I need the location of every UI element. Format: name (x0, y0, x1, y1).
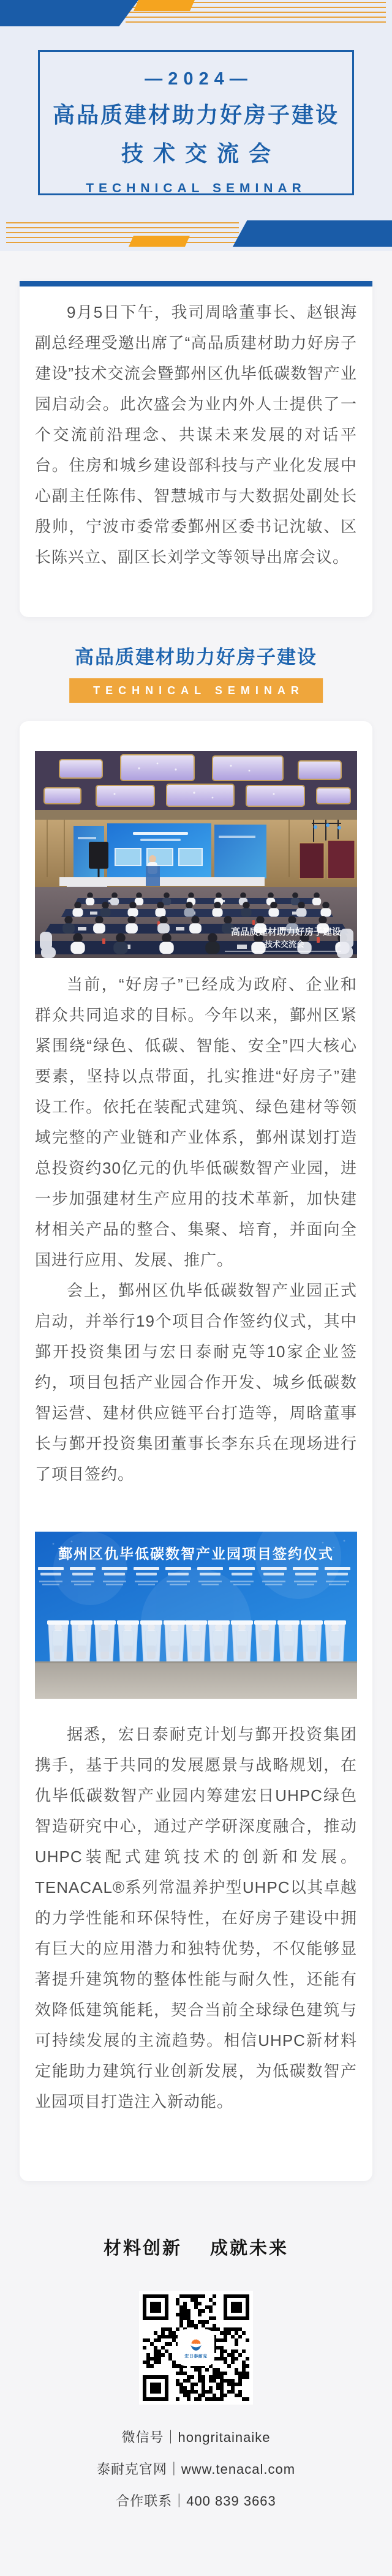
event-subtitle: 技术交流会 (111, 137, 281, 168)
footer-slogan-left: 材料创新 (104, 2234, 182, 2260)
event-year: —2024— (139, 69, 253, 89)
section-title: 高品质建材助力好房子建设 (0, 642, 392, 669)
brand-logo-icon (188, 2337, 204, 2353)
footer-contact: 合作联系｜400 839 3663 (0, 2485, 392, 2517)
hero-banner: —2024— 高品质建材助力好房子建设 技术交流会 TECHNICAL SEMI… (0, 0, 392, 251)
body-paragraph-4: 据悉，宏日泰耐克计划与鄞开投资集团携手，基于共同的发展愿景与战略规划，在仇毕低碳… (35, 1719, 357, 2117)
orange-parallelogram (129, 236, 190, 247)
footer-slogan: 材料创新 成就未来 (0, 2234, 392, 2260)
signing-photo[interactable]: 鄞州区仇毕低碳数智产业园项目签约仪式 (35, 1532, 357, 1699)
article-page: —2024— 高品质建材助力好房子建设 技术交流会 TECHNICAL SEMI… (0, 0, 392, 2576)
qr-center-logo: 宏日泰耐克 (179, 2331, 213, 2364)
qr-logo-text: 宏日泰耐克 (184, 2353, 208, 2359)
bottom-decorative-band (0, 220, 392, 247)
footer-website: 泰耐克官网｜www.tenacal.com (0, 2454, 392, 2485)
intro-paragraph: 9月5日下午，我司周晗董事长、赵银海副总经理受邀出席了“高品质建材助力好房子建设… (35, 297, 357, 572)
blue-corner-shape (0, 0, 138, 26)
section-badge: TECHNICAL SEMINAR (69, 678, 323, 703)
photo-watermark-line1: 高品质建材助力好房子建设 (231, 926, 341, 937)
intro-card: 9月5日下午，我司周晗董事长、赵银海副总经理受邀出席了“高品质建材助力好房子建设… (20, 281, 372, 617)
body-paragraph-3: 会上，鄞州区仇毕低碳数智产业园正式启动，并举行19个项目合作签约仪式，其中鄞开投… (35, 1275, 357, 1489)
event-title: 高品质建材助力好房子建设 (53, 98, 339, 129)
body-paragraph-2: 当前，“好房子”已经成为政府、企业和群众共同追求的目标。今年以来，鄞州区紧紧围绕… (35, 969, 357, 1275)
card-accent-bar (20, 281, 372, 286)
wechat-qr-code[interactable]: 宏日泰耐克 (139, 2291, 253, 2405)
conference-photo[interactable]: 高品质建材助力好房子建设 技术交流会 (35, 751, 357, 958)
blue-corner-shape (233, 220, 392, 247)
footer-slogan-right: 成就未来 (210, 2234, 288, 2260)
signing-backdrop-title: 鄞州区仇毕低碳数智产业园项目签约仪式 (58, 1546, 334, 1562)
orange-stripes (6, 222, 239, 245)
top-decorative-band (0, 0, 392, 26)
event-tagline-en: TECHNICAL SEMINAR (86, 181, 306, 196)
photo-watermark-line2: 技术交流会 (264, 940, 304, 949)
event-title-card: —2024— 高品质建材助力好房子建设 技术交流会 TECHNICAL SEMI… (38, 50, 354, 195)
orange-parallelogram (134, 0, 195, 11)
footer-wechat-id: 微信号｜hongritainaike (0, 2422, 392, 2454)
article-card: 高品质建材助力好房子建设 技术交流会 当前，“好房子”已经成为政府、企业和群众共… (20, 721, 372, 2181)
